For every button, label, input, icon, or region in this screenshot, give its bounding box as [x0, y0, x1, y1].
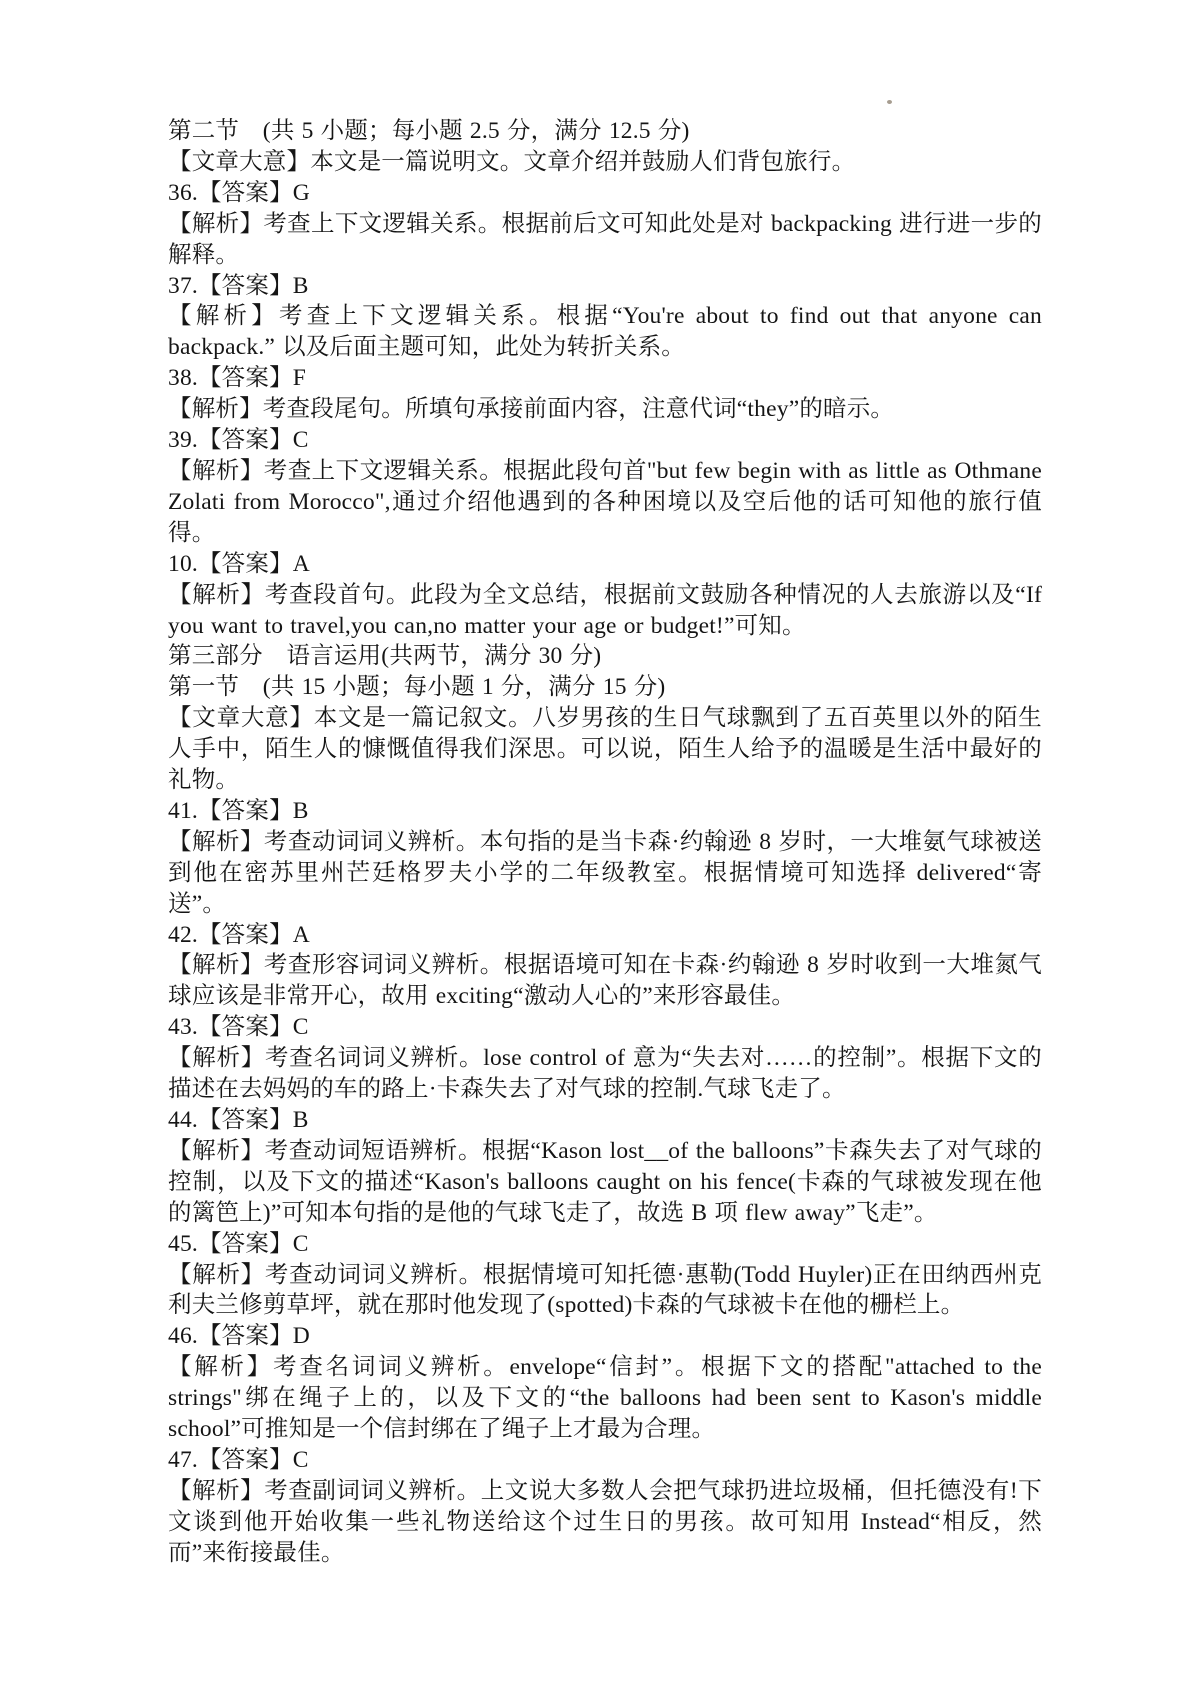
analysis-text: 【解析】考查上下文逻辑关系。根据“You're about to find ou…: [168, 301, 1042, 363]
part-three-items: 41.【答案】B【解析】考查动词词义辨析。本句指的是当卡森·约翰逊 8 岁时，一…: [168, 796, 1042, 1569]
answer-line: 44.【答案】B: [168, 1105, 1042, 1136]
document-page: 第二节 (共 5 小题；每小题 2.5 分，满分 12.5 分) 【文章大意】本…: [0, 0, 1200, 1698]
analysis-text: 【解析】考查段尾句。所填句承接前面内容，注意代词“they”的暗示。: [168, 394, 1042, 425]
analysis-text: 【解析】考查段首句。此段为全文总结，根据前文鼓励各种情况的人去旅游以及“If y…: [168, 580, 1042, 642]
analysis-text: 【解析】考查形容词词义辨析。根据语境可知在卡森·约翰逊 8 岁时收到一大堆氮气球…: [168, 950, 1042, 1012]
answer-line: 47.【答案】C: [168, 1445, 1042, 1476]
analysis-text: 【解析】考查动词词义辨析。本句指的是当卡森·约翰逊 8 岁时，一大堆氨气球被送到…: [168, 827, 1042, 920]
part-three: 第三部分 语言运用(共两节，满分 30 分) 第一节 (共 15 小题；每小题 …: [168, 641, 1042, 1568]
answer-line: 39.【答案】C: [168, 425, 1042, 456]
analysis-text: 【解析】考查动词短语辨析。根据“Kason lost__of the ballo…: [168, 1136, 1042, 1229]
scan-speck: [887, 100, 892, 104]
answer-line: 36.【答案】G: [168, 178, 1042, 209]
answer-line: 10.【答案】A: [168, 549, 1042, 580]
section-two-heading: 第二节 (共 5 小题；每小题 2.5 分，满分 12.5 分): [168, 116, 1042, 147]
analysis-text: 【解析】考查副词词义辨析。上文说大多数人会把气球扔进垃圾桶，但托德没有!下文谈到…: [168, 1476, 1042, 1569]
section-two-items: 36.【答案】G【解析】考查上下文逻辑关系。根据前后文可知此处是对 backpa…: [168, 178, 1042, 642]
section-two-passage-summary: 【文章大意】本文是一篇说明文。文章介绍并鼓励人们背包旅行。: [168, 147, 1042, 178]
answer-line: 45.【答案】C: [168, 1229, 1042, 1260]
analysis-text: 【解析】考查名词词义辨析。lose control of 意为“失去对……的控制…: [168, 1043, 1042, 1105]
analysis-text: 【解析】考查上下文逻辑关系。根据此段句首"but few begin with …: [168, 456, 1042, 549]
answer-line: 43.【答案】C: [168, 1012, 1042, 1043]
section-two: 第二节 (共 5 小题；每小题 2.5 分，满分 12.5 分) 【文章大意】本…: [168, 116, 1042, 641]
part-three-section-one-heading: 第一节 (共 15 小题；每小题 1 分，满分 15 分): [168, 672, 1042, 703]
part-three-passage-summary: 【文章大意】本文是一篇记叙文。八岁男孩的生日气球飘到了五百英里以外的陌生人手中，…: [168, 703, 1042, 796]
part-three-heading: 第三部分 语言运用(共两节，满分 30 分): [168, 641, 1042, 672]
answer-line: 46.【答案】D: [168, 1321, 1042, 1352]
answer-line: 37.【答案】B: [168, 271, 1042, 302]
answer-line: 38.【答案】F: [168, 363, 1042, 394]
analysis-text: 【解析】考查上下文逻辑关系。根据前后文可知此处是对 backpacking 进行…: [168, 209, 1042, 271]
answer-line: 42.【答案】A: [168, 920, 1042, 951]
analysis-text: 【解析】考查名词词义辨析。envelope“信封”。根据下文的搭配"attach…: [168, 1352, 1042, 1445]
answer-key-content: 第二节 (共 5 小题；每小题 2.5 分，满分 12.5 分) 【文章大意】本…: [168, 116, 1042, 1569]
answer-line: 41.【答案】B: [168, 796, 1042, 827]
analysis-text: 【解析】考查动词词义辨析。根据情境可知托德·惠勒(Todd Huyler)正在田…: [168, 1260, 1042, 1322]
